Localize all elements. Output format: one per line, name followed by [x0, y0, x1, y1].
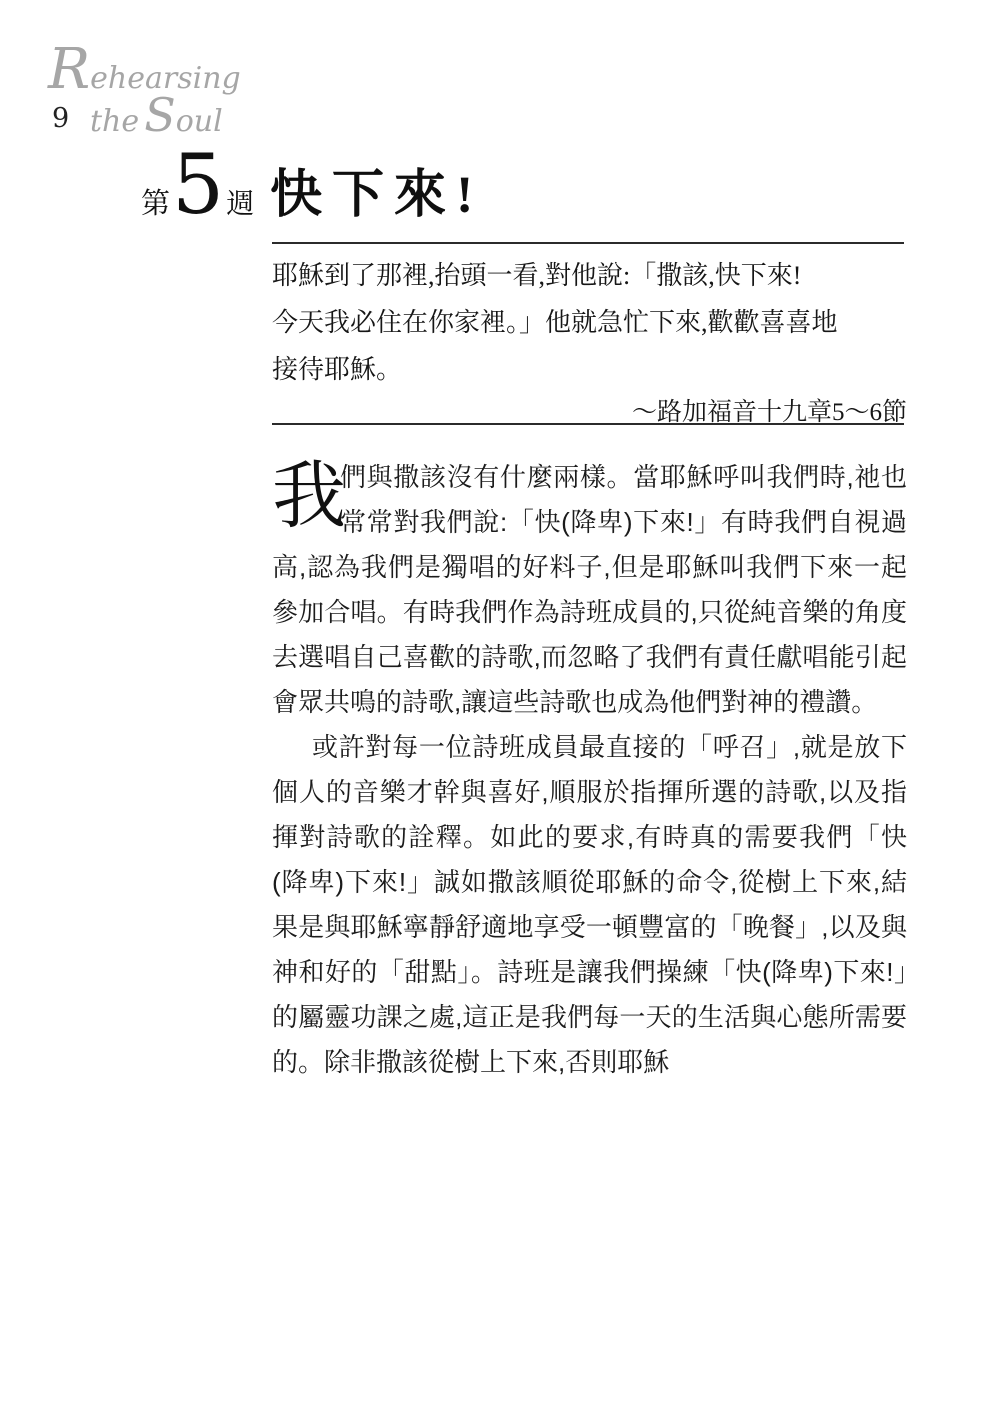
scripture-line: 耶穌到了那裡,抬頭一看,對他說:「撒該,快下來! [272, 252, 907, 299]
drop-cap: 我 [272, 455, 338, 545]
logo-initial-s: S [144, 88, 176, 142]
week-label: 第 5 週 [141, 145, 254, 227]
devotional-body: 我們與撒該沒有什麼兩樣。當耶穌呼叫我們時,祂也常常對我們說:「快(降卑)下來!」… [272, 455, 907, 1085]
book-series-logo: Rehearsing the Soul [48, 42, 241, 139]
paragraph-1-text: 們與撒該沒有什麼兩樣。當耶穌呼叫我們時,祂也常常對我們說:「快(降卑)下來!」有… [272, 462, 907, 717]
paragraph-2: 或許對每一位詩班成員最直接的「呼召」,就是放下個人的音樂才幹與喜好,順服於指揮所… [272, 725, 907, 1085]
paragraph-1: 我們與撒該沒有什麼兩樣。當耶穌呼叫我們時,祂也常常對我們說:「快(降卑)下來!」… [272, 455, 907, 725]
week-prefix: 第 [141, 181, 170, 222]
scripture-line: 接待耶穌。 [272, 346, 907, 393]
scripture-line: 今天我必住在你家裡。」他就急忙下來,歡歡喜喜地 [272, 299, 907, 346]
divider-rule-top [272, 242, 904, 244]
book-page: Rehearsing the Soul 9 第 5 週 快下來! 耶穌到了那裡,… [0, 0, 1000, 1406]
chapter-title: 快下來! [270, 152, 483, 227]
scripture-quote-block: 耶穌到了那裡,抬頭一看,對他說:「撒該,快下來! 今天我必住在你家裡。」他就急忙… [272, 252, 907, 428]
page-number: 9 [52, 103, 69, 134]
logo-text-oul: oul [176, 104, 223, 139]
logo-text-the: the [90, 104, 139, 139]
divider-rule-bottom [272, 423, 904, 425]
week-number: 5 [170, 145, 226, 227]
week-suffix: 週 [226, 182, 254, 222]
logo-line-the-soul: the Soul [90, 92, 241, 139]
logo-initial-r: R [48, 37, 90, 102]
